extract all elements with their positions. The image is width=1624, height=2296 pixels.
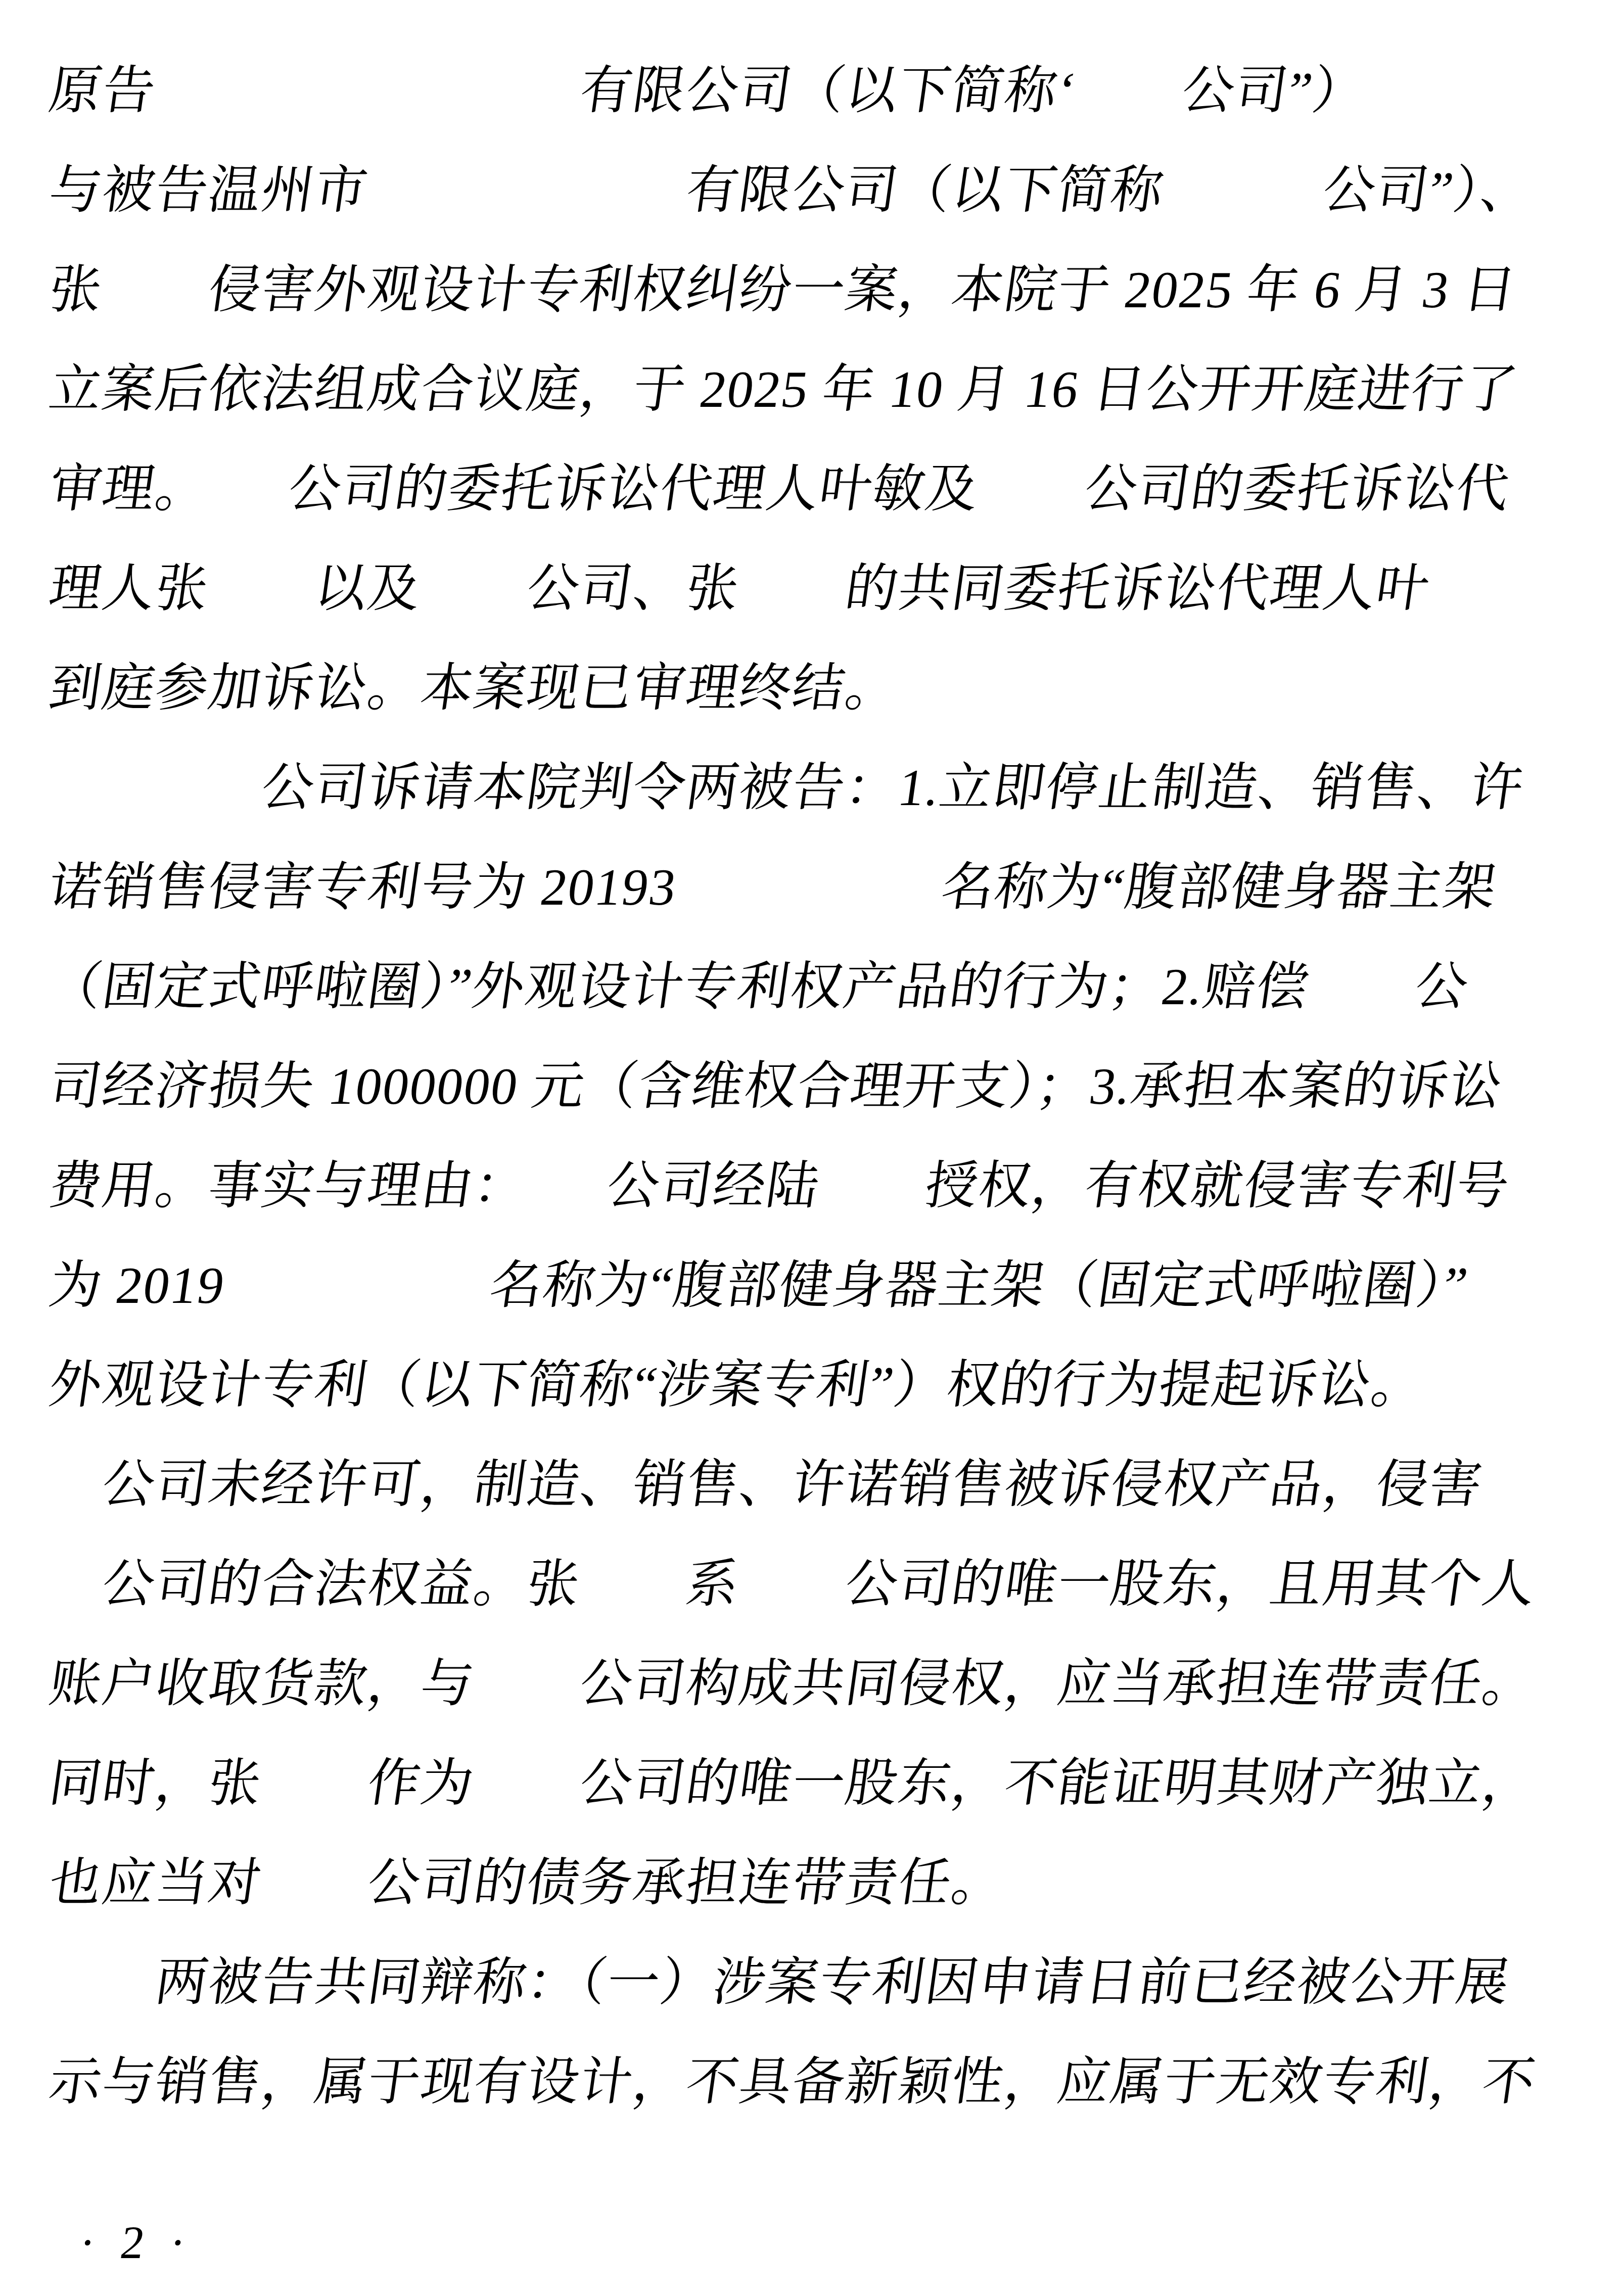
text-line: 费用。事实与理由： 公司经陆 授权，有权就侵害专利号 [42,1137,1603,1236]
text-line: 公司诉请本院判令两被告：1.立即停止制造、销售、许 [42,738,1603,838]
text-line: 与被告温州市 有限公司（以下简称 公司”）、 [42,141,1603,241]
text-line: 两被告共同辩称：（一）涉案专利因申请日前已经被公开展 [42,1933,1603,2033]
text-line: （固定式呼啦圈）”外观设计专利权产品的行为；2.赔偿 公 [42,938,1603,1037]
text-line: 为 2019 名称为“腹部健身器主架（固定式呼啦圈）” [42,1236,1603,1336]
judgment-text-body: 原告 有限公司（以下简称‘ 公司”） 与被告温州市 有限公司（以下简称 公司”）… [50,41,1596,2132]
text-line: 理人张 以及 公司、张 的共同委托诉讼代理人叶 [42,539,1603,639]
scanned-court-judgment-page: 原告 有限公司（以下简称‘ 公司”） 与被告温州市 有限公司（以下简称 公司”）… [0,0,1624,2296]
text-line: 公司的合法权益。张 系 公司的唯一股东，且用其个人 [42,1535,1603,1634]
text-line: 示与销售，属于现有设计，不具备新颖性，应属于无效专利，不 [42,2033,1603,2132]
text-line: 外观设计专利（以下简称“涉案专利”）权的行为提起诉讼。 [42,1336,1603,1435]
text-line: 原告 有限公司（以下简称‘ 公司”） [42,41,1603,141]
text-line: 张 侵害外观设计专利权纠纷一案，本院于 2025 年 6 月 3 日 [42,241,1603,340]
text-line: 也应当对 公司的债务承担连带责任。 [42,1834,1603,1933]
text-line: 到庭参加诉讼。本案现已审理终结。 [42,639,1603,738]
page-number: · 2 · [75,2210,198,2275]
text-line: 同时，张 作为 公司的唯一股东，不能证明其财产独立， [42,1734,1603,1834]
text-line: 诺销售侵害专利号为 20193 名称为“腹部健身器主架 [42,838,1603,938]
text-line: 公司未经许可，制造、销售、许诺销售被诉侵权产品，侵害 [42,1435,1603,1535]
text-line: 司经济损失 1000000 元（含维权合理开支）；3.承担本案的诉讼 [42,1037,1603,1137]
text-line: 审理。 公司的委托诉讼代理人叶敏及 公司的委托诉讼代 [42,440,1603,539]
text-line: 账户收取货款，与 公司构成共同侵权，应当承担连带责任。 [42,1634,1603,1734]
text-line: 立案后依法组成合议庭，于 2025 年 10 月 16 日公开开庭进行了 [42,340,1603,440]
